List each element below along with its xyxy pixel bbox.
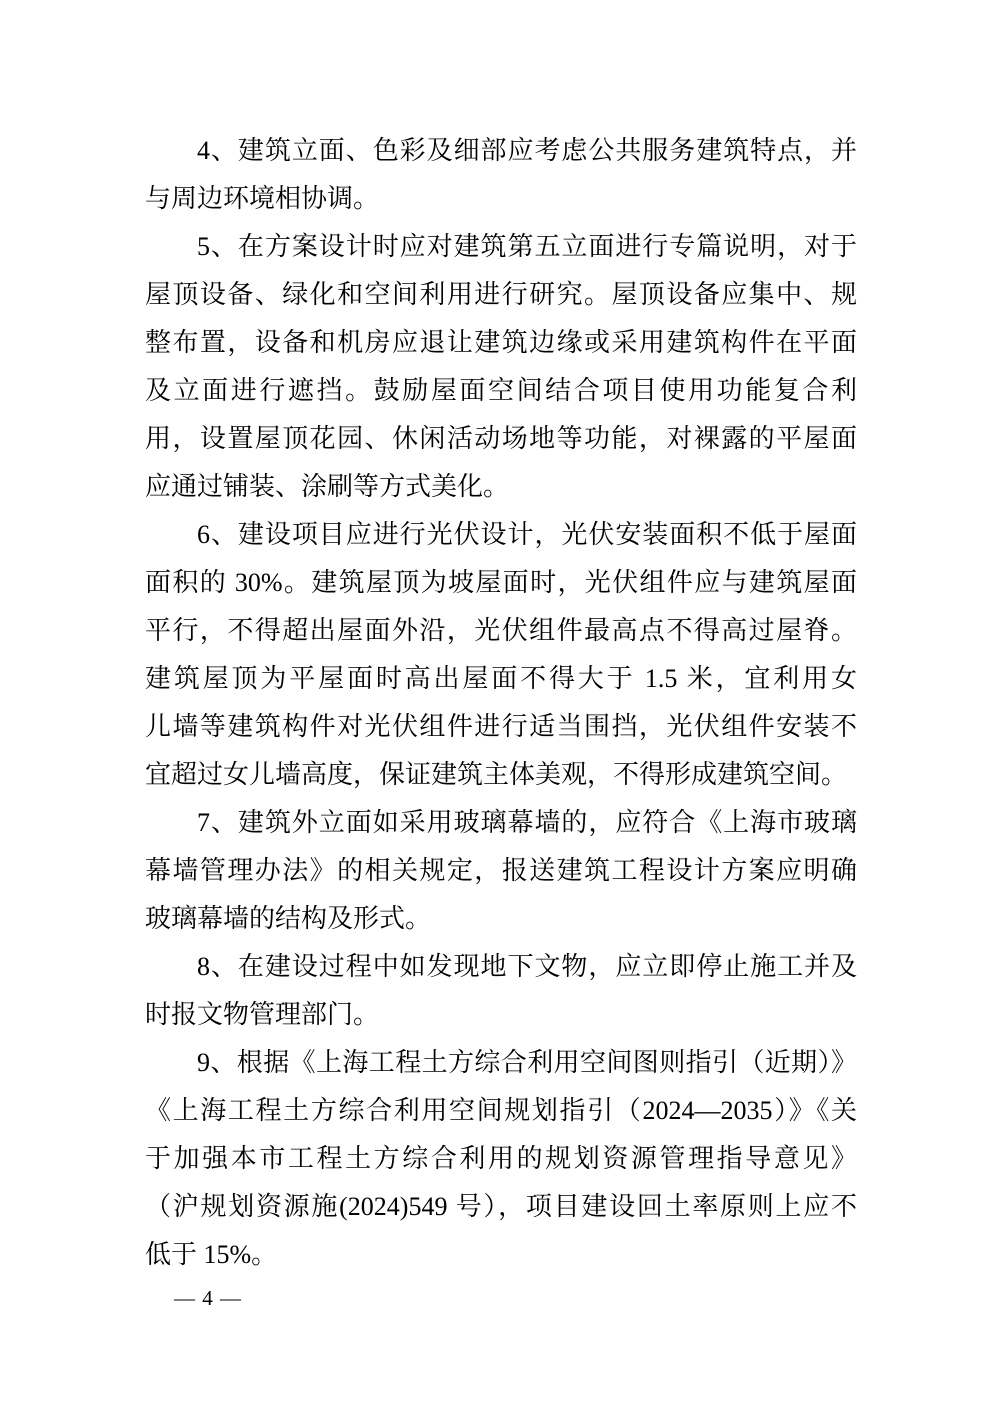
paragraph-9-line-3: 于加强本市工程土方综合利用的规划资源管理指导意见》 (145, 1135, 857, 1183)
paragraph-5-line-3: 整布置，设备和机房应退让建筑边缘或采用建筑构件在平面 (145, 319, 857, 367)
paragraph-6-line-1: 6、建设项目应进行光伏设计，光伏安装面积不低于屋面 (145, 511, 857, 559)
paragraph-6-line-2: 面积的 30%。建筑屋顶为坡屋面时，光伏组件应与建筑屋面 (145, 559, 857, 607)
paragraph-6-line-4: 建筑屋顶为平屋面时高出屋面不得大于 1.5 米，宜利用女 (145, 655, 857, 703)
paragraph-7-line-2: 幕墙管理办法》的相关规定，报送建筑工程设计方案应明确 (145, 847, 857, 895)
paragraph-8-line-2: 时报文物管理部门。 (145, 991, 857, 1039)
paragraph-5-line-1: 5、在方案设计时应对建筑第五立面进行专篇说明，对于 (145, 223, 857, 271)
paragraph-5-line-5: 用，设置屋顶花园、休闲活动场地等功能，对裸露的平屋面 (145, 415, 857, 463)
paragraph-5-line-6: 应通过铺装、涂刷等方式美化。 (145, 463, 857, 511)
paragraph-9-line-1: 9、根据《上海工程土方综合利用空间图则指引（近期）》 (145, 1039, 857, 1087)
paragraph-5-line-4: 及立面进行遮挡。鼓励屋面空间结合项目使用功能复合利 (145, 367, 857, 415)
paragraph-6-line-3: 平行，不得超出屋面外沿，光伏组件最高点不得高过屋脊。 (145, 607, 857, 655)
paragraph-5-line-2: 屋顶设备、绿化和空间利用进行研究。屋顶设备应集中、规 (145, 271, 857, 319)
paragraph-9-line-4: （沪规划资源施(2024)549 号），项目建设回土率原则上应不 (145, 1183, 857, 1231)
paragraph-9-line-5: 低于 15%。 (145, 1231, 857, 1279)
document-text-body: 4、建筑立面、色彩及细部应考虑公共服务建筑特点，并与周边环境相协调。5、在方案设… (145, 127, 857, 1279)
paragraph-6-line-6: 宜超过女儿墙高度，保证建筑主体美观，不得形成建筑空间。 (145, 751, 857, 799)
paragraph-4-line-1: 4、建筑立面、色彩及细部应考虑公共服务建筑特点，并 (145, 127, 857, 175)
paragraph-4-line-2: 与周边环境相协调。 (145, 175, 857, 223)
document-page: 4、建筑立面、色彩及细部应考虑公共服务建筑特点，并与周边环境相协调。5、在方案设… (0, 0, 992, 1403)
paragraph-6-line-5: 儿墙等建筑构件对光伏组件进行适当围挡，光伏组件安装不 (145, 703, 857, 751)
paragraph-7-line-1: 7、建筑外立面如采用玻璃幕墙的，应符合《上海市玻璃 (145, 799, 857, 847)
paragraph-7-line-3: 玻璃幕墙的结构及形式。 (145, 895, 857, 943)
page-number-footer: — 4 — (174, 1283, 242, 1313)
paragraph-9-line-2: 《上海工程土方综合利用空间规划指引（2024—2035）》《关 (145, 1087, 857, 1135)
paragraph-8-line-1: 8、在建设过程中如发现地下文物，应立即停止施工并及 (145, 943, 857, 991)
